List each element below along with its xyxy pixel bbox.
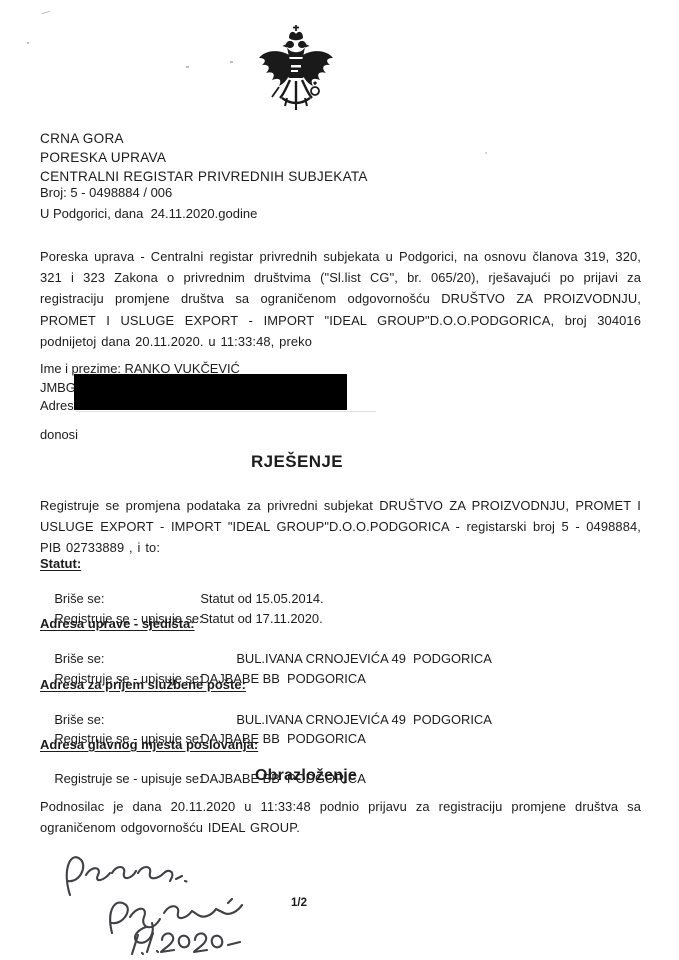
issuer-registry: CENTRALNI REGISTAR PRIVREDNIH SUBJEKATA bbox=[40, 167, 368, 186]
page-number: 1/2 bbox=[291, 897, 307, 909]
decision-title: RJEŠENJE bbox=[251, 452, 343, 472]
decision-paragraph: Registruje se promjena podataka za privr… bbox=[40, 495, 641, 559]
explanation-paragraph: Podnosilac je dana 20.11.2020 u 11:33:48… bbox=[40, 796, 641, 838]
issuer-country: CRNA GORA bbox=[40, 129, 368, 148]
handwritten-signature bbox=[48, 843, 308, 960]
scan-speck bbox=[40, 7, 50, 14]
section-heading-adresa-poste: Adresa za prijem službene pošte: bbox=[40, 677, 246, 692]
issuer-authority: PORESKA UPRAVA bbox=[40, 148, 368, 167]
document-number: Broj: 5 - 0498884 / 006 bbox=[40, 185, 172, 200]
intro-paragraph: Poreska uprava - Centralni registar priv… bbox=[40, 246, 641, 352]
explanation-title: Obrazloženje bbox=[255, 767, 357, 785]
donosi-line: donosi bbox=[40, 427, 78, 442]
section-heading-statut: Statut: bbox=[40, 556, 81, 571]
place-and-date: U Podgorici, dana 24.11.2020.godine bbox=[40, 206, 257, 221]
redaction-bar-edge bbox=[76, 411, 376, 412]
montenegro-coat-of-arms-icon bbox=[254, 24, 338, 118]
scan-speck bbox=[230, 61, 233, 63]
redaction-bar bbox=[74, 374, 347, 410]
scanned-document-page: CRNA GORA PORESKA UPRAVA CENTRALNI REGIS… bbox=[0, 0, 679, 960]
scan-speck bbox=[485, 152, 487, 154]
scan-speck bbox=[186, 66, 189, 68]
row-label: Registruje se - upisuje se: bbox=[54, 771, 200, 786]
section-heading-adresa-uprave: Adresa uprave - sjedišta: bbox=[40, 616, 195, 631]
scan-speck bbox=[27, 42, 29, 44]
row-value: Statut od 17.11.2020. bbox=[200, 611, 322, 626]
issuer-block: CRNA GORA PORESKA UPRAVA CENTRALNI REGIS… bbox=[40, 129, 368, 186]
section-heading-adresa-poslovanja: Adresa glavnog mjesta poslovanja: bbox=[40, 737, 258, 752]
